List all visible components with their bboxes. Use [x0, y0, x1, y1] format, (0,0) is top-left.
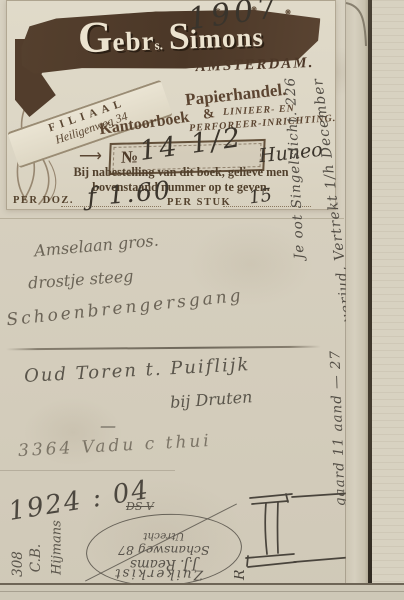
pencil-dash-mark: —	[100, 416, 116, 435]
pencil-note-3: Schoenbrengersgang	[6, 286, 245, 331]
cover-edge	[346, 0, 368, 586]
bottom-edge-line	[0, 591, 404, 592]
bottom-page-edge	[0, 585, 404, 600]
pencil-note-1: Amselaan gros.	[33, 231, 159, 261]
bottom-flipped-note: Zuikerkist	[90, 565, 226, 583]
oval-line-2: Schansweg 87	[118, 543, 210, 557]
page-edge-stack	[372, 0, 404, 600]
arrow-right-icon: ⟶	[79, 146, 102, 166]
pencil-note-8-crossed: DS V	[126, 500, 154, 513]
reorder-line-2: bovenstaand nummer op te geven.	[35, 180, 327, 195]
brand-initial-s: S	[168, 14, 191, 59]
left-vertical-note-2: C.B.	[28, 538, 44, 578]
pencil-note-6: 3364 Vadu c thui	[18, 431, 213, 461]
pencil-rule-line	[6, 346, 321, 351]
reorder-instruction: Bij nabestelling van dit boek, gelieve m…	[35, 165, 327, 195]
brand-ebr: ebr	[112, 26, 155, 58]
paper-crease	[0, 470, 175, 471]
notebook-cover-scan: Gebrs.Simons AMSTERDAM. FILIAAL Heiligen…	[0, 0, 404, 600]
brand-superscript: s.	[154, 37, 163, 53]
brand-initial-g: G	[77, 15, 113, 60]
pencil-note-5: bij Druten	[169, 387, 253, 412]
per-doz-label: PER DOZ.	[13, 195, 74, 206]
rounded-corner-curve	[336, 0, 376, 52]
left-vertical-note-1: 308	[10, 544, 26, 584]
left-vertical-note-3: Hijmans	[50, 513, 65, 583]
per-stuk-handwritten-value: 15	[248, 185, 274, 209]
pencil-note-2: drostje steeg	[27, 266, 134, 292]
reorder-line-1: Bij nabestelling van dit boek, gelieve m…	[35, 165, 327, 180]
pencil-note-4: Oud Toren t. Puiflijk	[24, 354, 251, 387]
sketch-letter: R	[234, 569, 248, 581]
per-stuk-label: PER STUK	[167, 197, 231, 208]
